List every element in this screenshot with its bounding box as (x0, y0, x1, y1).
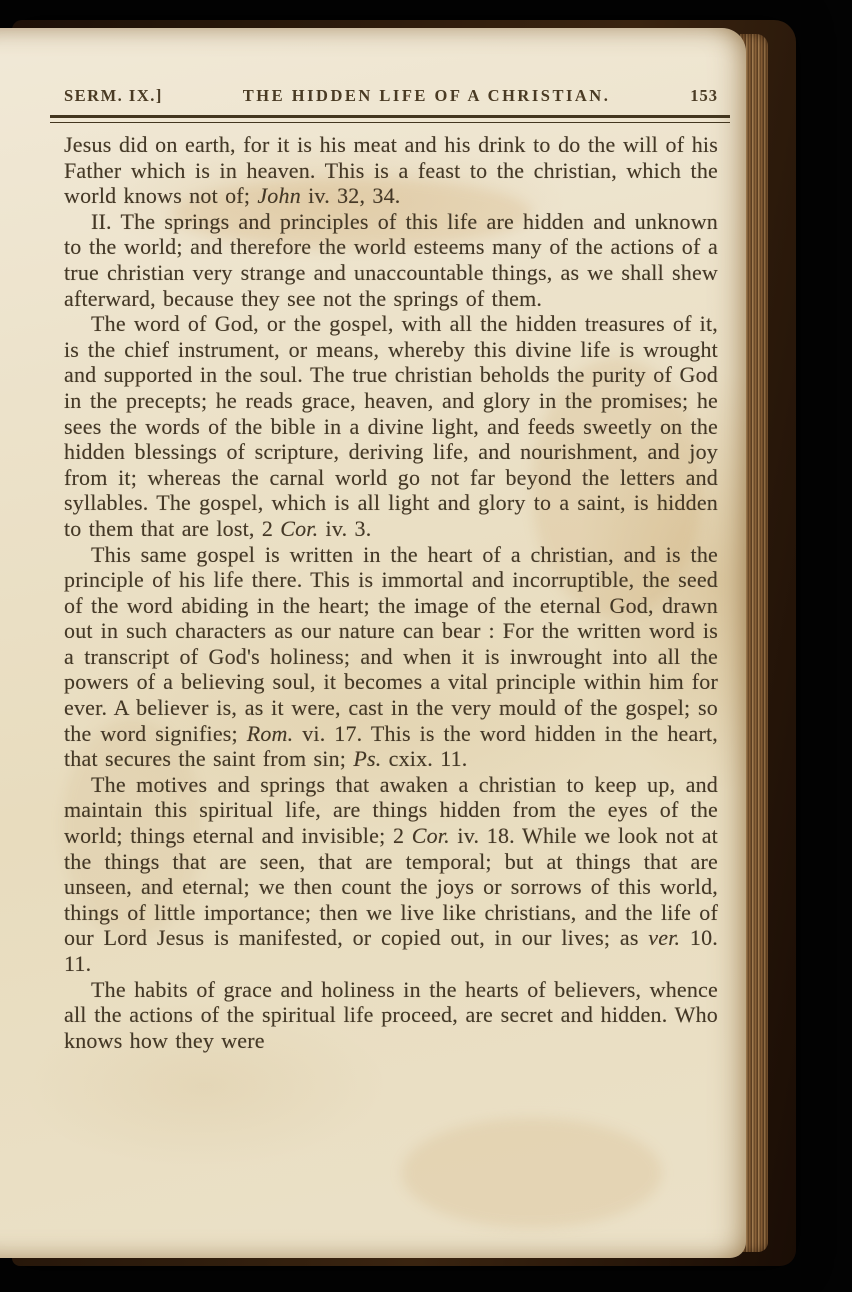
paragraph-text: cxix. 11. (381, 746, 467, 771)
scripture-reference: ver. (648, 925, 680, 950)
page-body: Jesus did on earth, for it is his meat a… (64, 132, 718, 1053)
scripture-reference: Cor. (280, 516, 318, 541)
paragraph: The habits of grace and holiness in the … (64, 977, 718, 1054)
paragraph: The word of God, or the gospel, with all… (64, 311, 718, 541)
paragraph: The motives and springs that awaken a ch… (64, 772, 718, 977)
paragraph: This same gospel is written in the heart… (64, 542, 718, 772)
scripture-reference: John (257, 183, 301, 208)
paragraph-text: The habits of grace and holiness in the … (64, 977, 718, 1053)
paragraph: Jesus did on earth, for it is his meat a… (64, 132, 718, 209)
scripture-reference: Cor. (412, 823, 450, 848)
scan-background: SERM. IX.] THE HIDDEN LIFE OF A CHRISTIA… (0, 0, 852, 1292)
book-page: SERM. IX.] THE HIDDEN LIFE OF A CHRISTIA… (0, 28, 746, 1258)
paragraph: II. The springs and principles of this l… (64, 209, 718, 311)
header-rule (50, 115, 730, 123)
paragraph-text: iv. 3. (318, 516, 371, 541)
book: SERM. IX.] THE HIDDEN LIFE OF A CHRISTIA… (0, 18, 800, 1266)
scripture-reference: Ps. (353, 746, 381, 771)
paragraph-text: II. The springs and principles of this l… (64, 209, 718, 311)
page-title: THE HIDDEN LIFE OF A CHRISTIAN. (163, 86, 690, 106)
paragraph-text: This same gospel is written in the heart… (64, 542, 718, 746)
page-number: 153 (690, 86, 718, 106)
scripture-reference: Rom. (247, 721, 294, 746)
sermon-number: SERM. IX.] (64, 86, 163, 106)
paragraph-text: iv. 32, 34. (301, 183, 401, 208)
running-header: SERM. IX.] THE HIDDEN LIFE OF A CHRISTIA… (64, 86, 718, 106)
page-content: SERM. IX.] THE HIDDEN LIFE OF A CHRISTIA… (0, 28, 746, 1258)
paragraph-text: The word of God, or the gospel, with all… (64, 311, 718, 541)
